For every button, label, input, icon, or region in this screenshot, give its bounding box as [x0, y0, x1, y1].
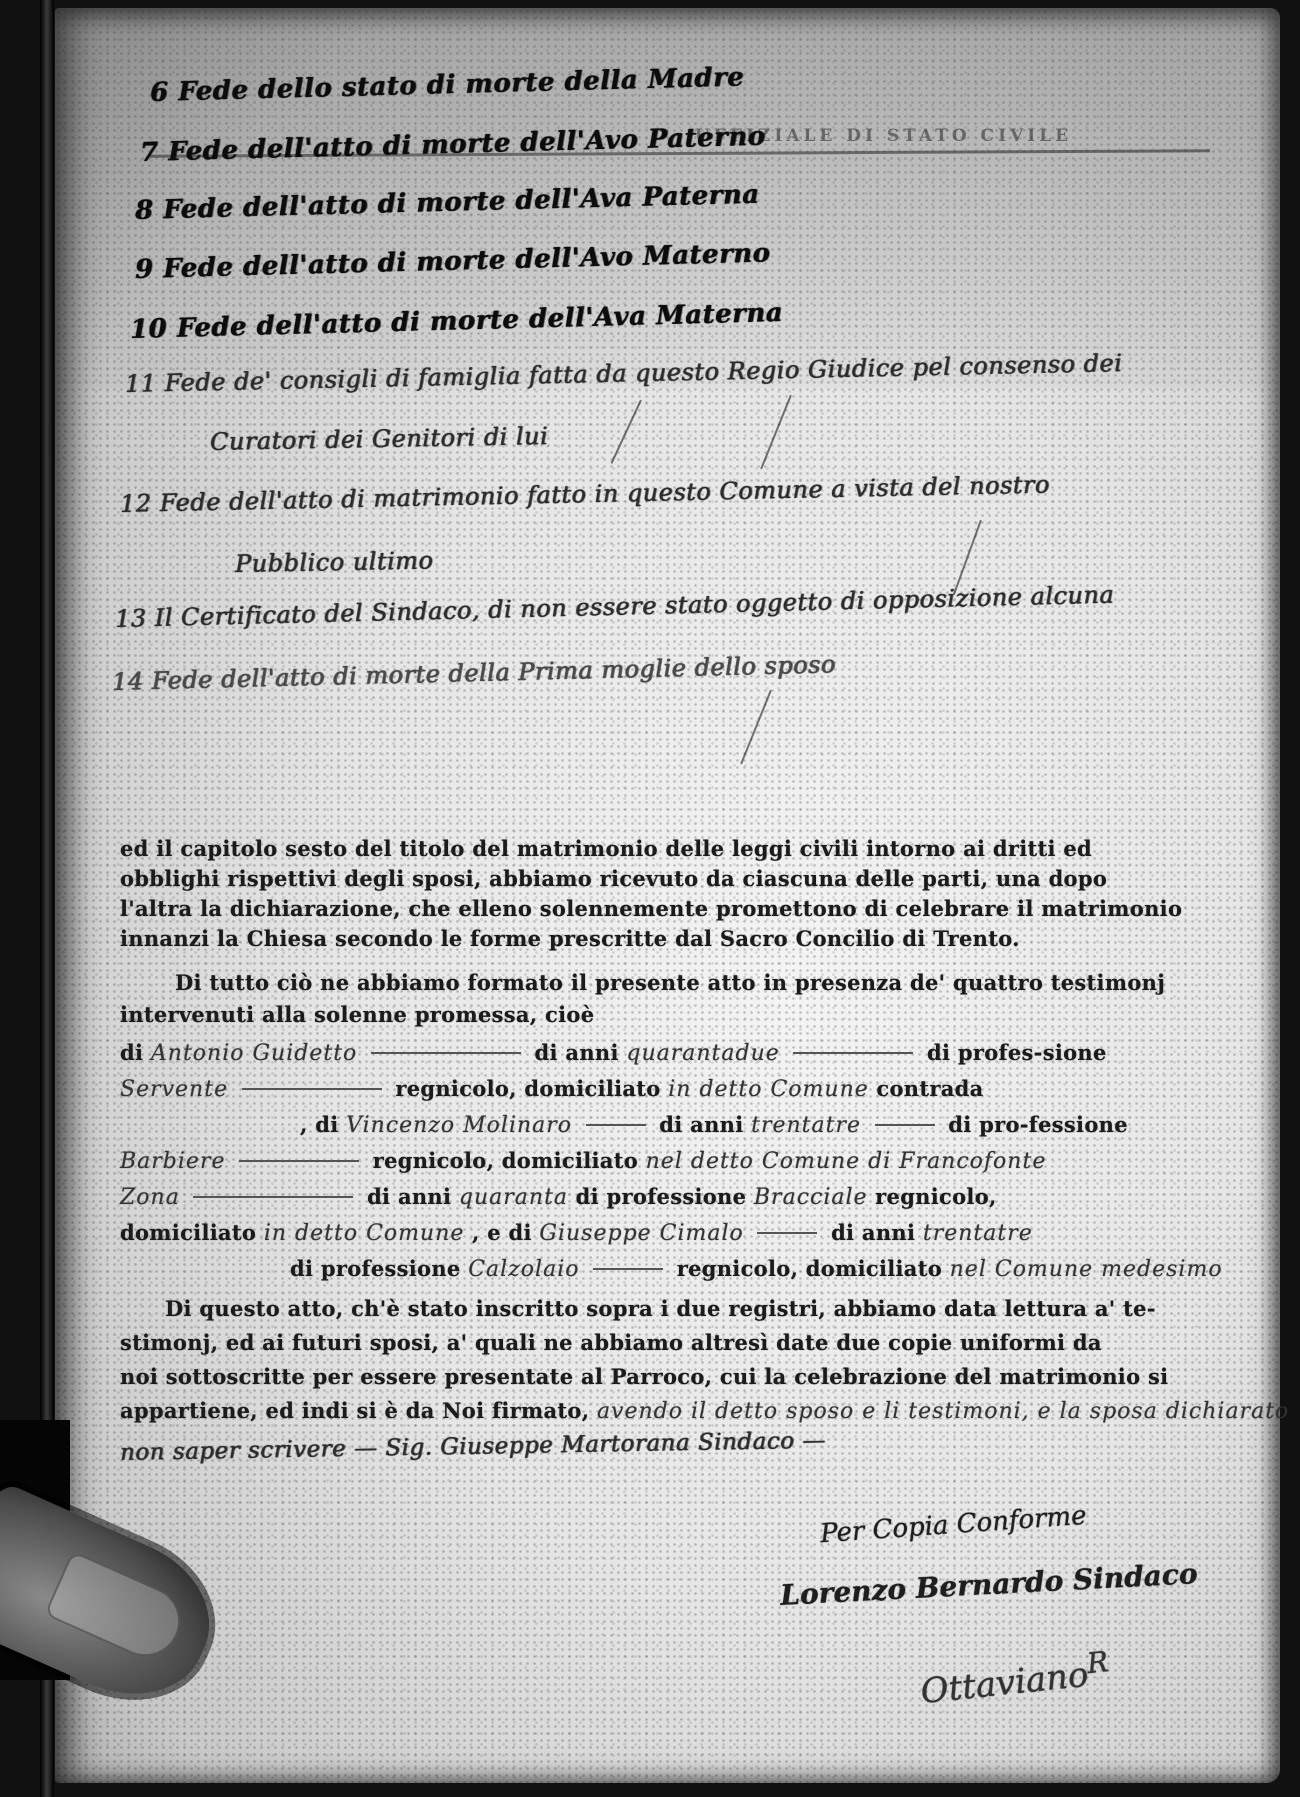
witness-4-line-b: di professione Calzolaio regnicolo, domi…: [290, 1256, 1223, 1282]
witness-4-domicile: nel Comune medesimo: [950, 1257, 1223, 1282]
printed-line-2: obblighi rispettivi degli sposi, abbiamo…: [120, 866, 1107, 891]
witness-1-domicile: in detto Comune: [668, 1077, 869, 1102]
annotation-11-continuation: Curatori dei Genitori di lui: [210, 422, 549, 456]
printed-line-6: intervenuti alla solenne promessa, cioè: [120, 1002, 594, 1027]
witness-4-age: trentatre: [923, 1221, 1033, 1246]
annotation-number: 9: [135, 255, 154, 285]
closing-line-2: stimonj, ed ai futuri sposi, a' quali ne…: [120, 1330, 1102, 1355]
witness-1-name: Antonio Guidetto: [151, 1041, 357, 1066]
witness-2-domicile: nel detto Comune di Francofonte: [646, 1149, 1047, 1174]
printed-line-4: innanzi la Chiesa secondo le forme presc…: [120, 926, 1020, 951]
annotation-number: 8: [135, 196, 154, 226]
witness-2-age: trentatre: [751, 1113, 861, 1138]
witness-4-line-a: domiciliato in detto Comune , e di Giuse…: [120, 1220, 1033, 1246]
closing-line-3: noi sottoscritte per essere presentate a…: [120, 1364, 1168, 1389]
closing-line-1: Di questo atto, ch'è stato inscritto sop…: [165, 1296, 1156, 1321]
annotation-number: 14: [112, 667, 144, 696]
annotation-12-continuation: Pubblico ultimo: [235, 547, 434, 578]
witness-2-profession: Barbiere: [120, 1149, 225, 1174]
witness-4-profession: Calzolaio: [468, 1257, 579, 1282]
witness-1-profession: Servente: [120, 1077, 228, 1102]
witness-2-name: Vincenzo Molinaro: [346, 1113, 572, 1138]
witness-1-line-a: di Antonio Guidetto di anni quarantadue …: [120, 1040, 1107, 1066]
witness-3-line-a: Zona di anni quaranta di professione Bra…: [120, 1184, 997, 1210]
thumbnail-nail: [44, 1551, 191, 1668]
witness-2-line-a: , di Vincenzo Molinaro di anni trentatre…: [300, 1112, 1128, 1138]
closing-line-4: appartiene, ed indi si è da Noi firmato,…: [120, 1398, 1289, 1424]
printed-line-5: Di tutto ciò ne abbiamo formato il prese…: [175, 970, 1165, 995]
witness-3-domicile: in detto Comune: [264, 1221, 465, 1246]
annotation-number: 12: [120, 489, 152, 518]
printed-header: UFFIZIALE DI STATO CIVILE: [695, 126, 1275, 146]
printed-line-1: ed il capitolo sesto del titolo del matr…: [120, 836, 1092, 861]
witness-1-age: quarantadue: [626, 1041, 779, 1066]
annotation-number: 10: [130, 314, 168, 345]
witness-3-profession: Bracciale: [754, 1185, 868, 1210]
closing-handwritten-tail: avendo il detto sposo e li testimoni, e …: [597, 1399, 1289, 1424]
witness-3-age: quaranta: [459, 1185, 568, 1210]
annotation-number: 7: [140, 138, 159, 168]
printed-line-3: l'altra la dichiarazione, che elleno sol…: [120, 896, 1182, 921]
witness-2-line-b: Barbiere regnicolo, domiciliato nel dett…: [120, 1148, 1046, 1174]
annotation-number: 11: [125, 369, 157, 398]
annotation-number: 13: [115, 604, 147, 633]
witness-4-name: Giuseppe Cimalo: [539, 1221, 743, 1246]
annotation-number: 6: [150, 78, 169, 108]
witness-1-line-b: Servente regnicolo, domiciliato in detto…: [120, 1076, 984, 1102]
